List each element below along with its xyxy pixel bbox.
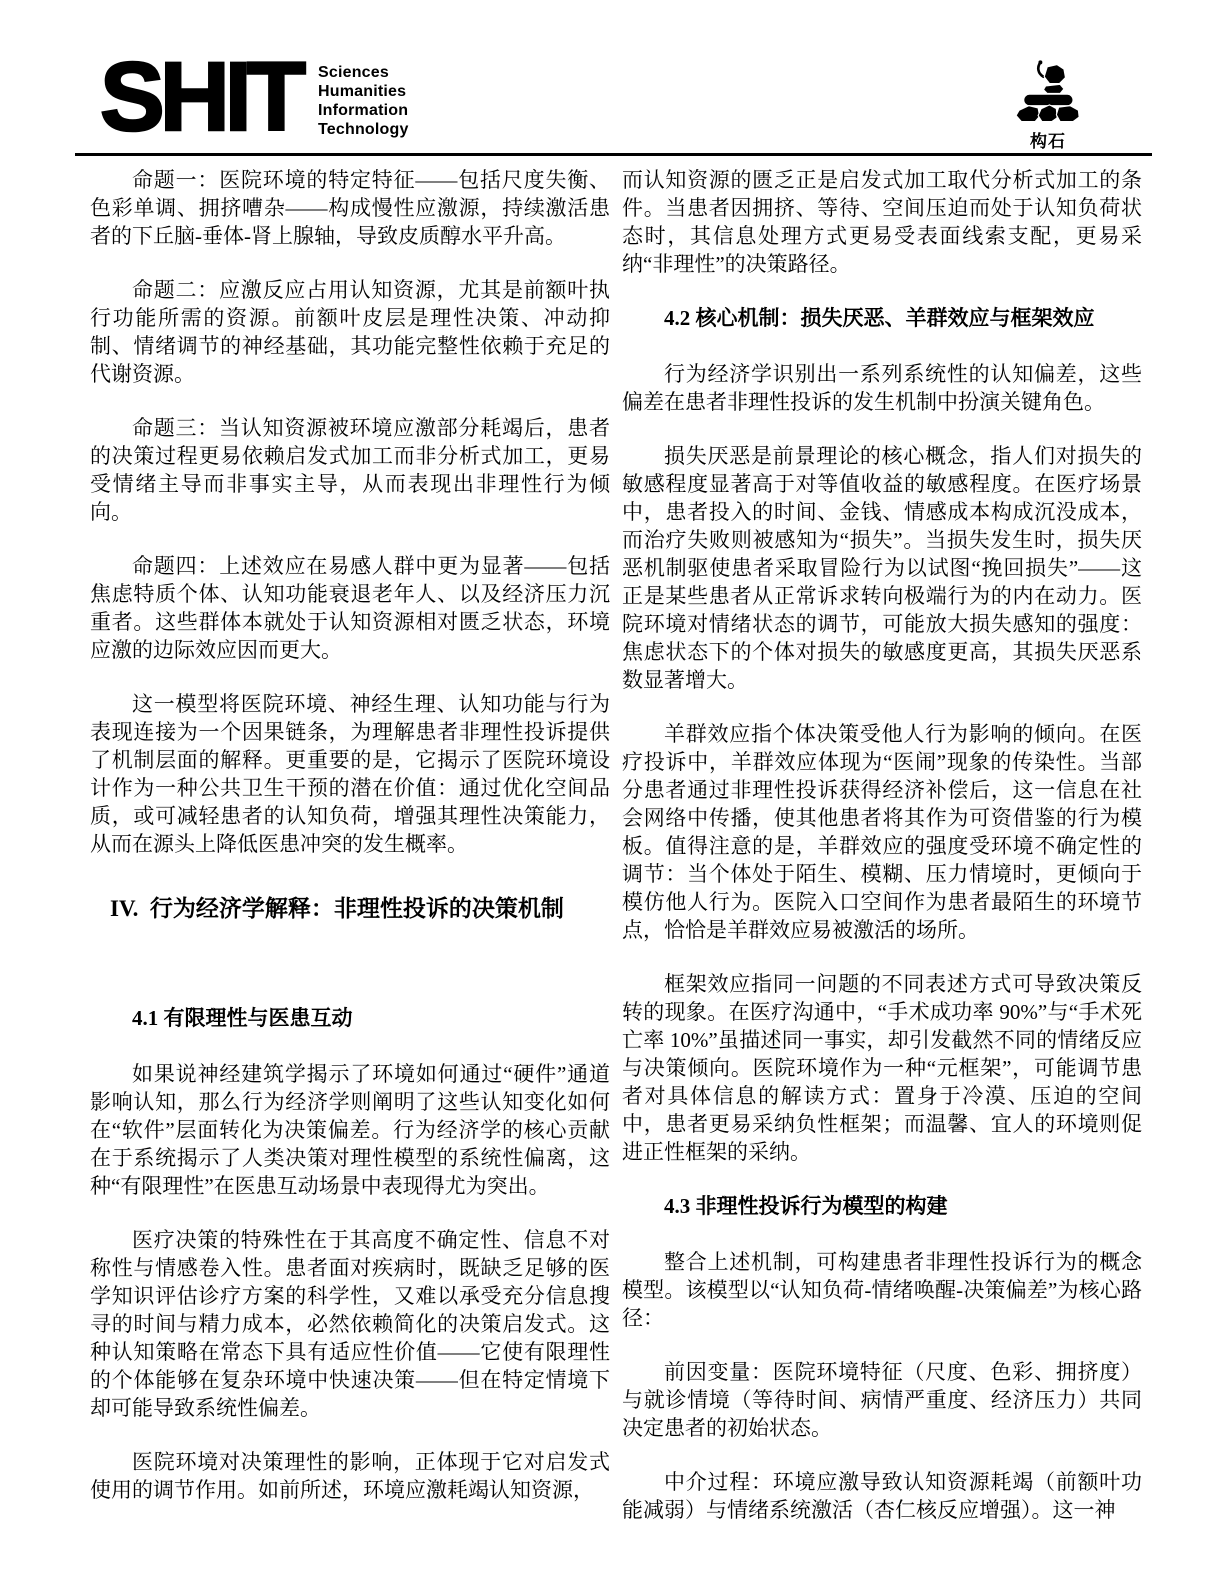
logo-tagline-line: Sciences — [318, 63, 409, 82]
logo-tagline-line: Technology — [318, 120, 409, 139]
paragraph: 整合上述机制，可构建患者非理性投诉行为的概念模型。该模型以“认知负荷-情绪唤醒-… — [622, 1248, 1142, 1332]
paragraph: 医院环境对决策理性的影响，正体现于它对启发式使用的调节作用。如前所述，环境应激耗… — [90, 1448, 610, 1504]
paragraph: 如果说神经建筑学揭示了环境如何通过“硬件”通道影响认知，那么行为经济学则阐明了这… — [90, 1060, 610, 1200]
paragraph: 前因变量：医院环境特征（尺度、色彩、拥挤度）与就诊情境（等待时间、病情严重度、经… — [622, 1358, 1142, 1442]
paragraph: 行为经济学识别出一系列系统性的认知偏差，这些偏差在患者非理性投诉的发生机制中扮演… — [622, 360, 1142, 416]
subsection-heading: 4.2 核心机制：损失厌恶、羊群效应与框架效应 — [622, 304, 1142, 332]
paragraph: 医疗决策的特殊性在于其高度不确定性、信息不对称性与情感卷入性。患者面对疾病时，既… — [90, 1226, 610, 1422]
header-divider — [75, 153, 1152, 156]
paragraph: 框架效应指同一问题的不同表述方式可导致决策反转的现象。在医疗沟通中，“手术成功率… — [622, 970, 1142, 1166]
stamp-label: 构石 — [1000, 133, 1096, 151]
paragraph: 命题三：当认知资源被环境应激部分耗竭后，患者的决策过程更易依赖启发式加工而非分析… — [90, 414, 610, 526]
paragraph: 命题四：上述效应在易感人群中更为显著——包括焦虑特质个体、认知功能衰退老年人、以… — [90, 552, 610, 664]
paragraph: 中介过程：环境应激导致认知资源耗竭（前额叶功能减弱）与情绪系统激活（杏仁核反应增… — [622, 1468, 1142, 1524]
paragraph: 而认知资源的匮乏正是启发式加工取代分析式加工的条件。当患者因拥挤、等待、空间压迫… — [622, 166, 1142, 278]
logo-tagline-line: Information — [318, 101, 409, 120]
right-column: 而认知资源的匮乏正是启发式加工取代分析式加工的条件。当患者因拥挤、等待、空间压迫… — [622, 166, 1142, 1550]
section-heading: IV. 行为经济学解释：非理性投诉的决策机制 — [90, 894, 610, 924]
article-body: 命题一：医院环境的特定特征——包括尺度失衡、色彩单调、拥挤嘈杂——构成慢性应激源… — [90, 166, 1142, 1550]
paragraph: 命题一：医院环境的特定特征——包括尺度失衡、色彩单调、拥挤嘈杂——构成慢性应激源… — [90, 166, 610, 250]
paragraph: 羊群效应指个体决策受他人行为影响的倾向。在医疗投诉中，羊群效应体现为“医闹”现象… — [622, 720, 1142, 944]
subsection-heading: 4.3 非理性投诉行为模型的构建 — [622, 1192, 1142, 1220]
left-column: 命题一：医院环境的特定特征——包括尺度失衡、色彩单调、拥挤嘈杂——构成慢性应激源… — [90, 166, 610, 1550]
journal-logo: SHIT — [100, 48, 301, 145]
paragraph: 损失厌恶是前景理论的核心概念，指人们对损失的敏感程度显著高于对等值收益的敏感程度… — [622, 442, 1142, 694]
paragraph: 命题二：应激反应占用认知资源，尤其是前额叶执行功能所需的资源。前额叶皮层是理性决… — [90, 276, 610, 388]
logo-tagline-line: Humanities — [318, 82, 409, 101]
document-page: SHIT SciencesHumanitiesInformationTechno… — [0, 0, 1224, 1584]
paragraph: 这一模型将医院环境、神经生理、认知功能与行为表现连接为一个因果链条，为理解患者非… — [90, 690, 610, 858]
stone-stack-icon — [1010, 58, 1086, 132]
subsection-heading: 4.1 有限理性与医患互动 — [90, 1004, 610, 1032]
publisher-stamp: 构石 — [1000, 58, 1096, 151]
logo-tagline: SciencesHumanitiesInformationTechnology — [318, 63, 409, 139]
